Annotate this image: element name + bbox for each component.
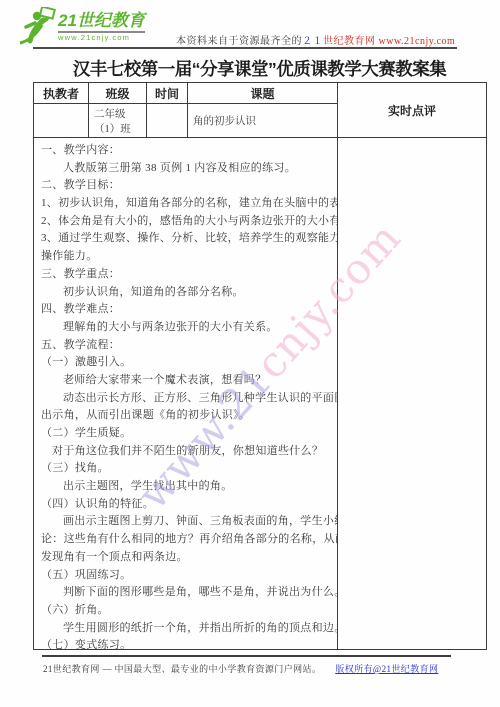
resource-tagline: 本资料来自于资源最齐全的２１世纪教育网 www.21cnjy.com [176,32,455,47]
lesson-plan-line: 发现角有一个顶点和两条边。 [41,549,333,567]
runner-logo-icon [16,7,56,47]
lesson-plan-line: 对于角这位我们并不陌生的新朋友，你想知道些什么？ [41,443,333,461]
lesson-plan-line: 初步认识角，知道角的各部分名称。 [41,284,333,302]
value-class: 二年级（1）班 [89,104,147,138]
header-divider [33,47,457,49]
lesson-plan-line: （五）巩固练习。 [41,567,333,585]
lesson-plan-document: 21世纪教育 www.21cnjy.com 本资料来自于资源最齐全的２１世纪教育… [0,0,500,707]
tagline-number: ２１ [302,36,323,47]
value-topic: 角的初步认识 [188,104,338,138]
lesson-plan-line: 五、教学流程： [41,337,333,355]
header-time: 时间 [147,83,188,104]
footer-text: 21世纪教育网 — 中国最大型、最专业的中小学教育资源门户网站。 [43,664,321,674]
logo-site-url: www.21cnjy.com [58,31,145,42]
lesson-plan-line: 2、体会角是有大小的，感悟角的大小与两条边张开的大小有关。 [41,213,333,231]
lesson-plan-line: （一）激趣引入。 [41,354,333,372]
lesson-plan-line: 判断下面的图形哪些是角，哪些不是角，并说出为什么。 [41,584,333,602]
lesson-plan-line: 理解角的大小与两条边张开的大小有关系。 [41,319,333,337]
logo-brand-text: 21世纪教育 [58,12,145,29]
lesson-plan-line: （三）找角。 [41,460,333,478]
lesson-plan-body: 一、教学内容：人教版第三册第 38 页例 1 内容及相应的练习。二、教学目标：1… [34,138,338,649]
lesson-plan-line: （四）认识角的特征。 [41,496,333,514]
lesson-plan-line: （六）折角。 [41,602,333,620]
page-title: 汉丰七校第一届“分享课堂”优质课教学大赛教案集 [33,56,486,81]
header-review: 实时点评 [338,83,486,138]
header-topic: 课题 [188,83,338,104]
lesson-plan-line: （七）变式练习。 [41,637,333,649]
lesson-plan-line: 一、教学内容： [41,142,333,160]
lesson-plan-line: 老师给大家带来一个魔术表演，想看吗？ [41,372,333,390]
lesson-plan-line: 3、通过学生观察、操作、分析、比较，培养学生的观察能力、动手 [41,230,333,248]
header-class: 班级 [89,83,147,104]
lesson-plan-line: 画出示主题图上剪刀、钟面、三角板表面的角，学生小组合作讨 [41,513,333,531]
footer: 21世纪教育网 — 中国最大型、最专业的中小学教育资源门户网站。版权所有@21世… [43,662,438,675]
lesson-plan-line: （二）学生质疑。 [41,425,333,443]
lesson-plan-line: 论：这些角有什么相同的地方？再介绍角各部分的名称，从而让学生 [41,531,333,549]
tagline-prefix: 本资料来自于资源最齐全的 [176,36,302,47]
header-teacher: 执教者 [34,83,89,104]
lesson-plan-line: 人教版第三册第 38 页例 1 内容及相应的练习。 [41,160,333,178]
copyright-link[interactable]: 版权所有@21世纪教育网 [335,664,438,674]
lesson-plan-line: 三、教学重点： [41,266,333,284]
lesson-plan-table: 执教者 班级 时间 课题 实时点评 二年级（1）班 角的初步认识 一、教学内容：… [33,82,487,650]
review-column-empty [338,138,486,649]
lesson-plan-line: 出示角，从而引出课题《角的初步认识》。 [41,407,333,425]
tagline-sitename: 世纪教育网 [323,36,376,47]
lesson-plan-line: 四、教学难点： [41,301,333,319]
lesson-plan-line: 学生用圆形的纸折一个角，并指出所折的角的顶点和边。 [41,620,333,638]
site-logo: 21世纪教育 www.21cnjy.com [16,6,176,48]
lesson-plan-line: 动态出示长方形、正方形、三角形几种学生认识的平面图形，再 [41,390,333,408]
value-teacher [34,104,89,138]
lesson-plan-line: 操作能力。 [41,248,333,266]
footer-divider [42,655,451,657]
lesson-plan-line: 出示主题图，学生找出其中的角。 [41,478,333,496]
lesson-plan-line: 1、初步认识角，知道角各部分的名称，建立角在头脑中的表象。 [41,195,333,213]
lesson-plan-line: 二、教学目标： [41,177,333,195]
value-time [147,104,188,138]
tagline-url: www.21cnjy.com [376,36,456,47]
